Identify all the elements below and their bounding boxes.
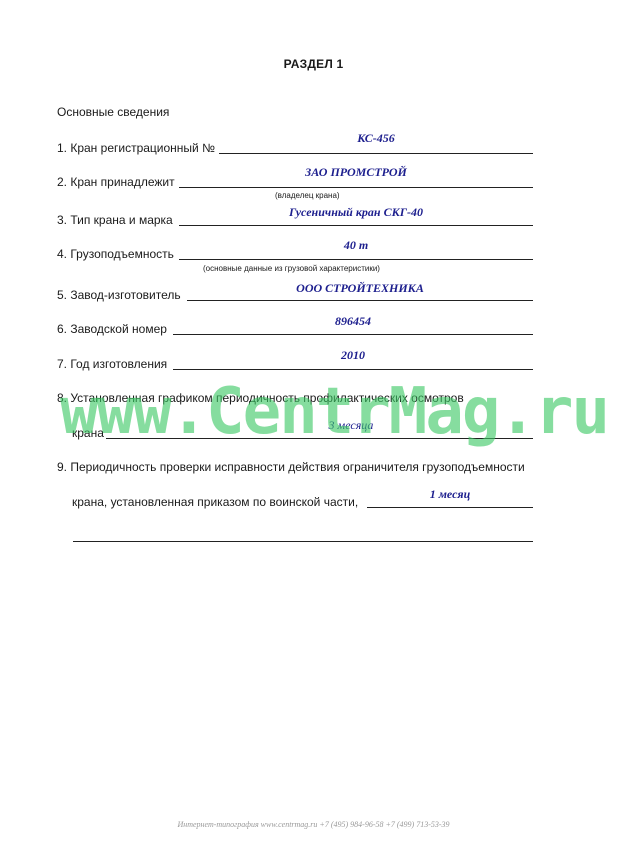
- field-value[interactable]: Гусеничный кран СКГ-40: [179, 205, 533, 220]
- field-value[interactable]: 896454: [173, 314, 533, 329]
- field-underline: [187, 300, 533, 301]
- footer-contacts: Интернет-типография www.centrmag.ru +7 (…: [0, 820, 627, 829]
- field-value[interactable]: 40 т: [179, 238, 533, 253]
- field-label: 5. Завод-изготовитель: [57, 288, 181, 302]
- field-value[interactable]: 3 месяца: [306, 418, 396, 433]
- section-title: РАЗДЕЛ 1: [0, 57, 627, 71]
- field-value[interactable]: КС-456: [219, 131, 533, 146]
- field-value[interactable]: ООО СТРОЙТЕХНИКА: [187, 281, 533, 296]
- field-label: 4. Грузоподъемность: [57, 247, 174, 261]
- field-label-line2: крана, установленная приказом по воинско…: [72, 495, 358, 509]
- field-value[interactable]: 1 месяц: [400, 487, 500, 502]
- field-label: 6. Заводской номер: [57, 322, 167, 336]
- field-label: 1. Кран регистрационный №: [57, 141, 215, 155]
- field-label-line1: 9. Периодичность проверки исправности де…: [57, 460, 525, 474]
- field-underline: [106, 438, 533, 439]
- field-underline: [367, 507, 533, 508]
- field-extra-underline: [73, 541, 533, 542]
- field-underline: [173, 334, 533, 335]
- field-label: 2. Кран принадлежит: [57, 175, 175, 189]
- field-value[interactable]: ЗАО ПРОМСТРОЙ: [179, 165, 533, 180]
- field-underline: [179, 225, 533, 226]
- field-underline: [173, 369, 533, 370]
- field-underline: [179, 259, 533, 260]
- field-hint: (основные данные из грузовой характерист…: [203, 264, 380, 273]
- field-value[interactable]: 2010: [173, 348, 533, 363]
- field-hint: (владелец крана): [275, 191, 340, 200]
- field-label-line2: крана: [72, 426, 104, 440]
- section-subtitle: Основные сведения: [57, 105, 169, 119]
- field-underline: [219, 153, 533, 154]
- field-label: 3. Тип крана и марка: [57, 213, 173, 227]
- field-label: 7. Год изготовления: [57, 357, 167, 371]
- field-underline: [179, 187, 533, 188]
- field-label-line1: 8. Установленная графиком периодичность …: [57, 391, 464, 405]
